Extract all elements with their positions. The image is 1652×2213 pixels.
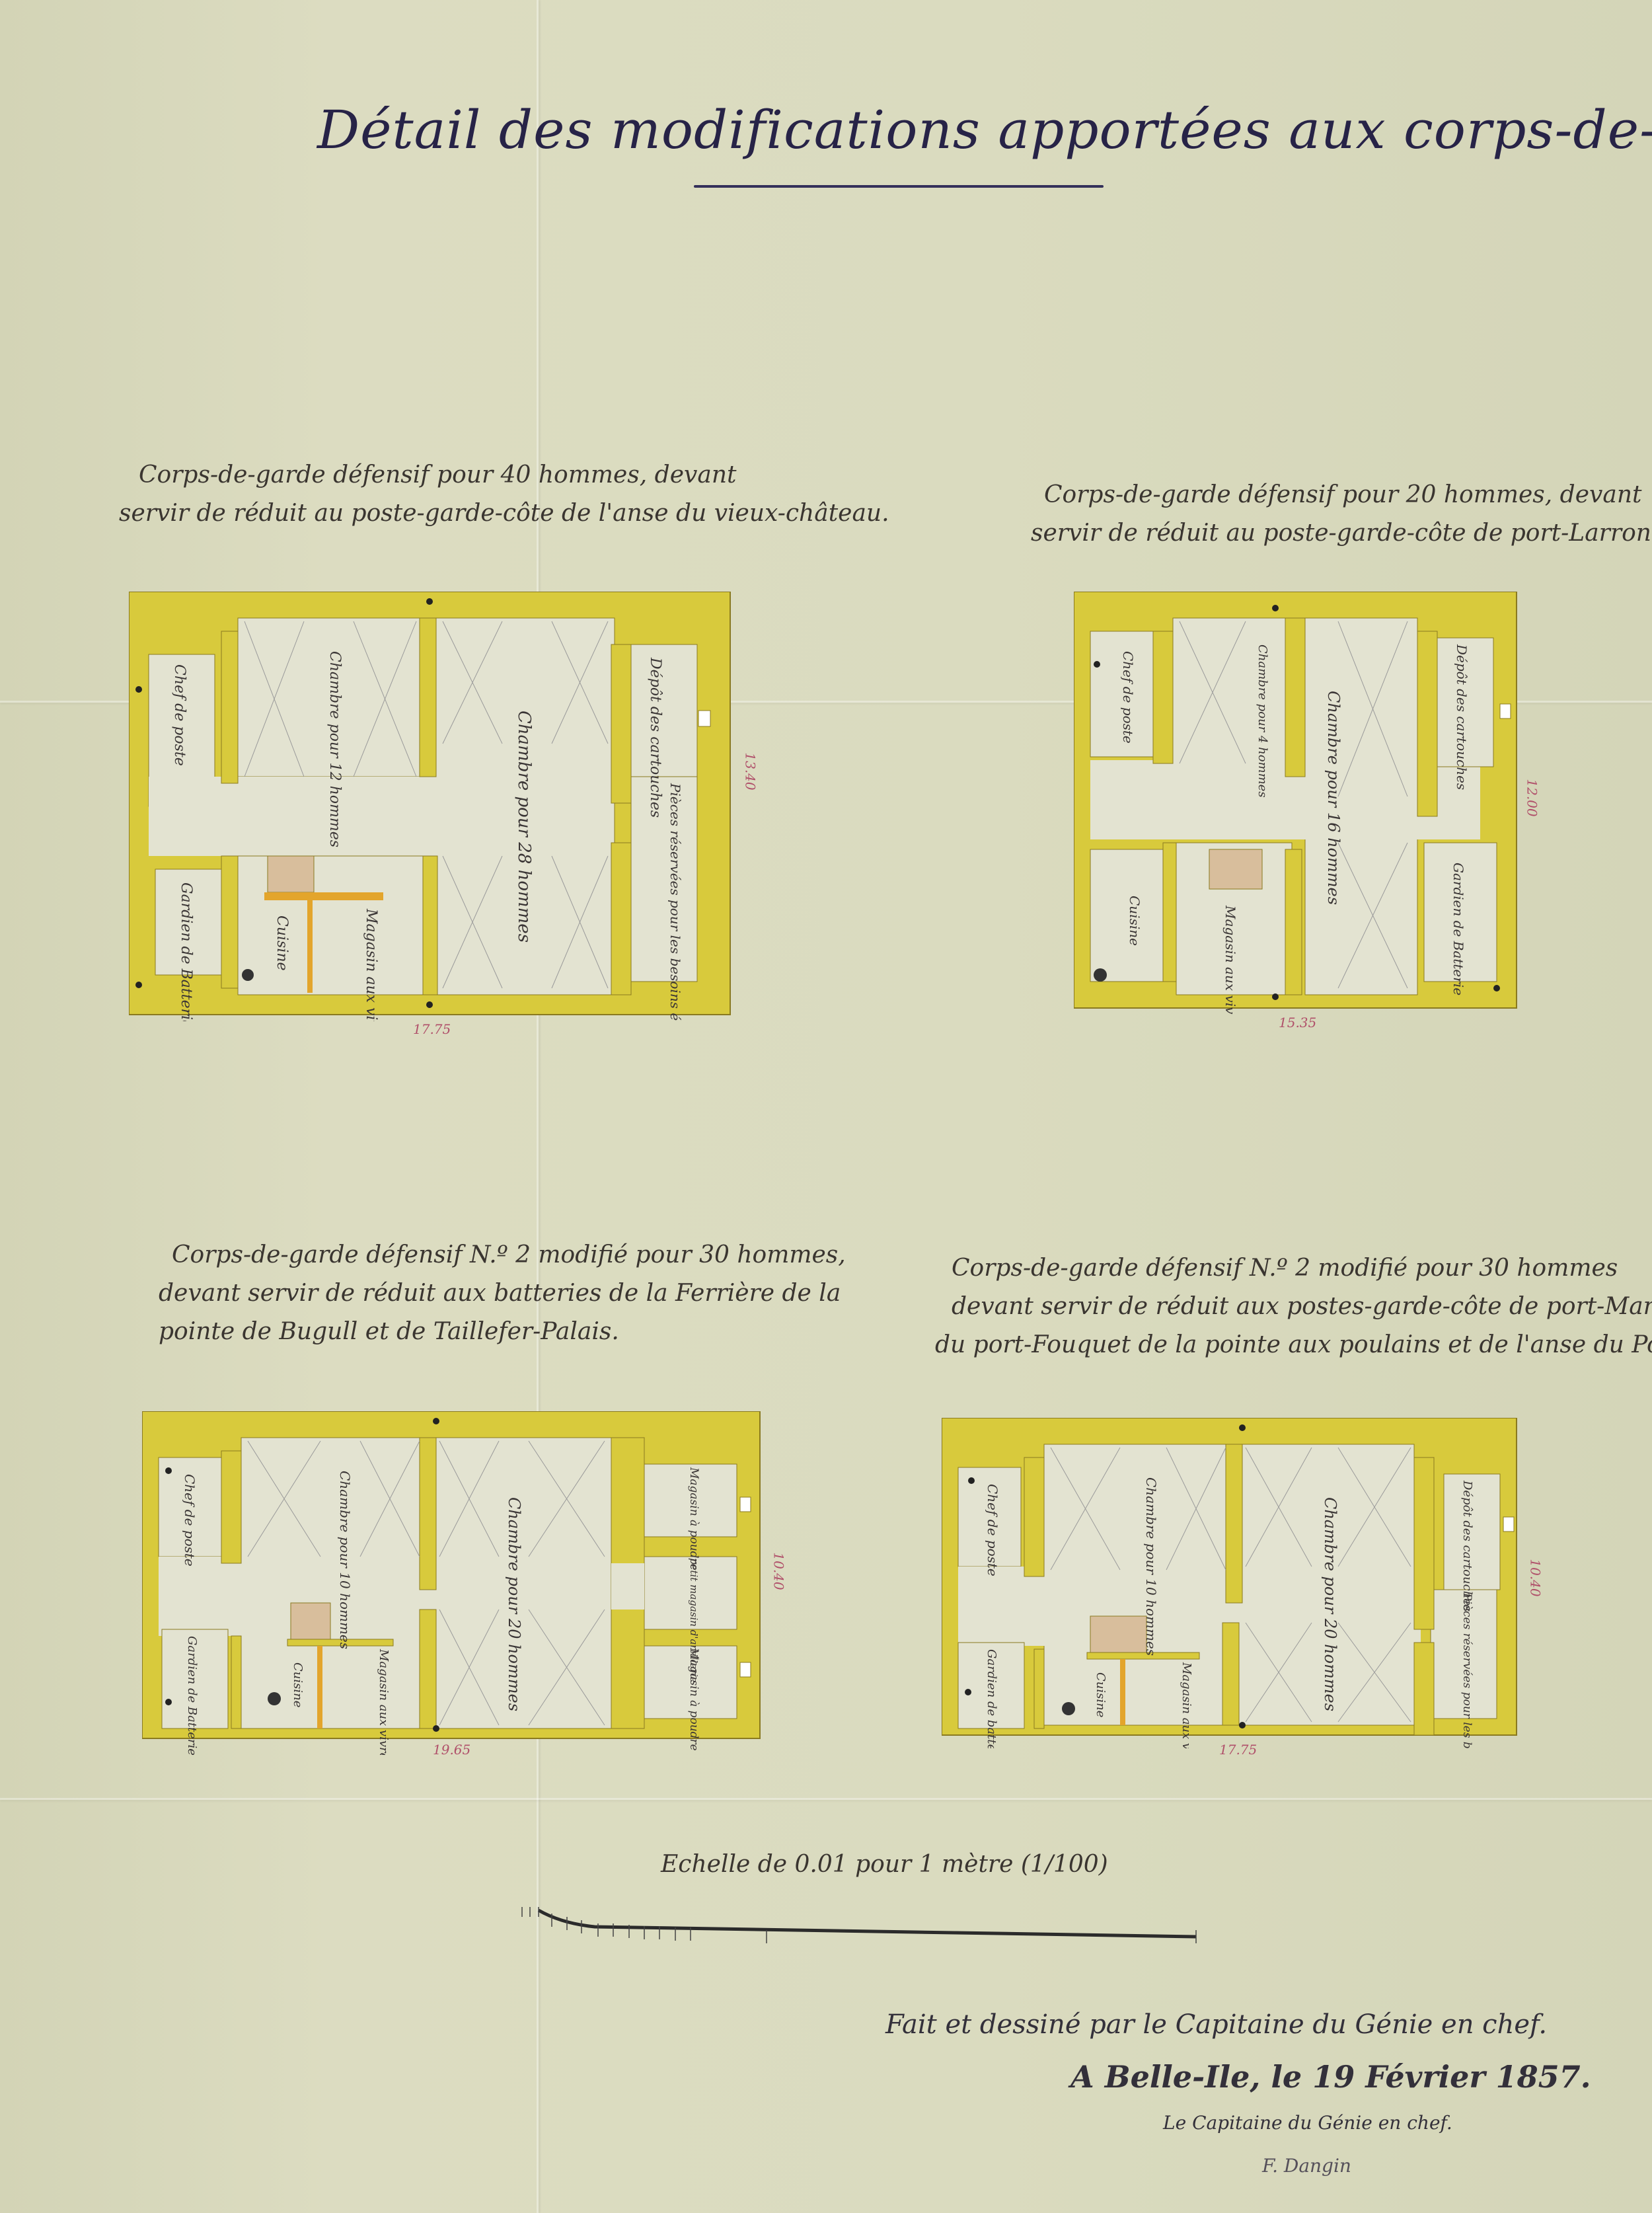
paper-fold-horizontal-lower: [0, 1798, 1652, 1800]
room-label-pieces: Pièces réservées pour les besoins éventu…: [1460, 1592, 1474, 1748]
plan-1-width-dimension: 17.75: [413, 1021, 451, 1037]
plan-1-caption-line2: servir de réduit au poste-garde-côte de …: [119, 494, 889, 533]
room-label-chambre-large: Chambre pour 28 hommes: [514, 711, 534, 943]
room-label-gardien: Gardien de batterie: [985, 1649, 998, 1748]
plan-4-caption-line1: Corps-de-garde défensif N.º 2 modifié po…: [952, 1249, 1652, 1288]
plan-4-width-dimension: 17.75: [1219, 1742, 1257, 1758]
plan-4-height-dimension: 10.40: [1528, 1559, 1544, 1596]
plan-3-height-dimension: 10.40: [771, 1552, 787, 1590]
room-label-chambre-small: Chambre pour 4 hommes: [1256, 644, 1269, 798]
plan-2-width-dimension: 15.35: [1279, 1015, 1316, 1030]
room-label-depot: Dépôt des cartouches: [1460, 1480, 1474, 1611]
plan-2-caption-line1: Corps-de-garde défensif pour 20 hommes, …: [1044, 476, 1652, 514]
plan-3-caption-line1: Corps-de-garde défensif N.º 2 modifié po…: [172, 1236, 846, 1274]
plan-2-height-dimension: 12.00: [1524, 779, 1540, 816]
room-label-gardien: Gardien de Batterie: [185, 1636, 199, 1755]
title-underline: [694, 185, 1104, 188]
room-label-magasin: Magasin aux vivres: [363, 908, 379, 1021]
room-label-poudre-1: Magasin à poudre: [687, 1467, 700, 1571]
plan-2-caption: Corps-de-garde défensif pour 20 hommes, …: [1044, 476, 1652, 553]
room-label-cuisine: Cuisine: [1094, 1672, 1108, 1717]
room-label-chef: Chef de poste: [182, 1474, 198, 1567]
room-label-cuisine: Cuisine: [274, 915, 290, 971]
room-label-magasin: Magasin aux vivres: [1180, 1662, 1193, 1748]
room-label-chef: Chef de poste: [171, 664, 188, 766]
plan-1-caption: Corps-de-garde défensif pour 40 hommes, …: [139, 456, 889, 533]
plan-4-caption-line2: devant servir de réduit aux postes-garde…: [952, 1288, 1652, 1326]
signature-line1: Fait et dessiné par le Capitaine du Géni…: [885, 2009, 1547, 2040]
room-label-gardien: Gardien de Batterie: [178, 882, 194, 1021]
floor-plan-4: Chef de poste Chambre pour 10 hommes Cha…: [942, 1418, 1536, 1748]
room-label-chef: Chef de poste: [1120, 651, 1136, 744]
room-label-chambre-large: Chambre pour 16 hommes: [1324, 691, 1343, 905]
room-label-chambre-small: Chambre pour 10 hommes: [337, 1471, 353, 1649]
plan-4-caption: Corps-de-garde défensif N.º 2 modifié po…: [952, 1249, 1652, 1364]
plan-3-caption: Corps-de-garde défensif N.º 2 modifié po…: [172, 1236, 846, 1351]
room-label-magasin: Magasin aux vivres: [377, 1649, 391, 1755]
plan-2-caption-line2: servir de réduit au poste-garde-côte de …: [1031, 514, 1652, 553]
room-label-chambre-large: Chambre pour 20 hommes: [505, 1497, 523, 1711]
document-title: Détail des modifications apportées aux c…: [317, 99, 1652, 161]
room-label-chambre-small: Chambre pour 12 hommes: [326, 651, 343, 847]
signature-place-date: A Belle-Ile, le 19 Février 1857.: [1070, 2059, 1591, 2095]
room-label-depot: Dépôt des cartouches: [647, 657, 663, 818]
room-label-chef: Chef de poste: [985, 1484, 1000, 1576]
scale-bar: Echelle de 0.01 pour 1 mètre (1/100): [515, 1851, 1242, 1983]
plan-4-caption-line3: du port-Fouquet de la pointe aux poulain…: [935, 1326, 1652, 1364]
room-label-chambre-small: Chambre pour 10 hommes: [1143, 1477, 1159, 1656]
scale-title: Echelle de 0.01 pour 1 mètre (1/100): [661, 1851, 1108, 1878]
plan-1-caption-line1: Corps-de-garde défensif pour 40 hommes, …: [139, 456, 889, 494]
plan-3-caption-line2: devant servir de réduit aux batteries de…: [159, 1274, 846, 1313]
signature-title: Le Capitaine du Génie en chef.: [1163, 2112, 1452, 2134]
room-label-poudre-2: Magasin à poudre: [687, 1647, 700, 1751]
room-label-magasin: Magasin aux vivres: [1222, 905, 1238, 1015]
room-label-depot: Dépôt des cartouches: [1454, 644, 1470, 790]
room-label-cuisine: Cuisine: [1127, 896, 1143, 946]
floor-plan-2: Chef de poste Chambre pour 4 hommes Cham…: [1074, 592, 1550, 1015]
room-label-cuisine: Cuisine: [291, 1662, 305, 1707]
plan-3-caption-line3: pointe de Bugull et de Taillefer-Palais.: [159, 1313, 846, 1351]
signature-autograph: F. Dangin: [1262, 2155, 1351, 2177]
plan-1-height-dimension: 13.40: [743, 752, 759, 790]
room-label-chambre-large: Chambre pour 20 hommes: [1321, 1497, 1339, 1711]
room-label-pieces: Pièces réservées pour les besoins éventu…: [667, 783, 683, 1021]
floor-plan-3: Chef de poste Chambre pour 10 hommes Cha…: [142, 1411, 776, 1755]
floor-plan-1: Chef de poste Chambre pour 12 hommes Cha…: [129, 592, 750, 1021]
room-label-gardien: Gardien de Batterie: [1450, 863, 1466, 995]
plan-3-width-dimension: 19.65: [433, 1742, 470, 1758]
